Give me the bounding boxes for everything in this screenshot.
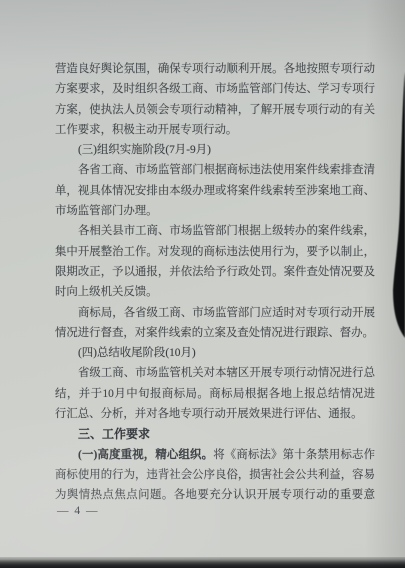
text-line: 三、工作要求 <box>55 424 375 444</box>
text-line: (三)组织实施阶段(7月-9月) <box>55 140 375 160</box>
text-line: 省级工商、市场监管机关对本辖区开展专项行动情况进行总 <box>55 363 375 383</box>
text-line: 时向上级机关反馈。 <box>55 282 375 302</box>
text-line: 方案，使执法人员领会专项行动精神，了解开展专项行动的有关 <box>55 100 375 120</box>
text-line: 情况进行督查，对案件线索的立案及查处情况进行跟踪、督办。 <box>55 323 375 343</box>
text-line: 行汇总、分析，并对各地专项行动开展效果进行评估、通报。 <box>55 404 375 424</box>
text-line: 市场监管部门办理。 <box>55 201 375 221</box>
text-line: 限期改正，予以通报，并依法给予行政处罚。案件查处情况要及 <box>55 262 375 282</box>
text-line: 集中开展整治工作。对发现的商标违法使用行为，要予以制止， <box>55 242 375 262</box>
text-line-lead: (一)高度重视，精心组织。 <box>78 449 213 461</box>
text-line: 单，视具体情况安排由本级办理或将案件线索转至涉案地工商、 <box>55 181 375 201</box>
text-line: 商标使用的行为，违背社会公序良俗，损害社会公共利益，容易成 <box>55 465 375 485</box>
page-number: — 4 — <box>57 503 99 519</box>
desk-edge <box>0 557 405 568</box>
text-line: 商标局，各省级工商、市场监管部门应适时对专项行动开展 <box>55 303 375 323</box>
text-line: (四)总结收尾阶段(10月) <box>55 343 375 363</box>
text-line: 结，并于10月中旬报商标局。商标局根据各地上报总结情况进 <box>55 384 375 404</box>
text-line: 工作要求，积极主动开展专项行动。 <box>55 120 375 140</box>
text-line: 方案要求，及时组织各级工商、市场监管部门传达、学习专项行动 <box>55 79 375 99</box>
text-line: 各省工商、市场监管部门根据商标违法使用案件线索排查清 <box>55 160 375 180</box>
text-line: 为舆情热点焦点问题。各地要充分认识开展专项行动的重要意 <box>55 485 375 505</box>
text-line: (一)高度重视，精心组织。将《商标法》第十条禁用标志作为 <box>55 445 375 465</box>
text-line: 各相关县市工商、市场监管部门根据上级转办的案件线索， <box>55 221 375 241</box>
document-text-block: 营造良好舆论氛围，确保专项行动顺利开展。各地按照专项行动方案要求，及时组织各级工… <box>55 59 375 506</box>
text-line: 营造良好舆论氛围，确保专项行动顺利开展。各地按照专项行动 <box>55 59 375 79</box>
document-photo: 营造良好舆论氛围，确保专项行动顺利开展。各地按照专项行动方案要求，及时组织各级工… <box>0 0 405 568</box>
page-right-edge-shadow <box>392 72 405 342</box>
